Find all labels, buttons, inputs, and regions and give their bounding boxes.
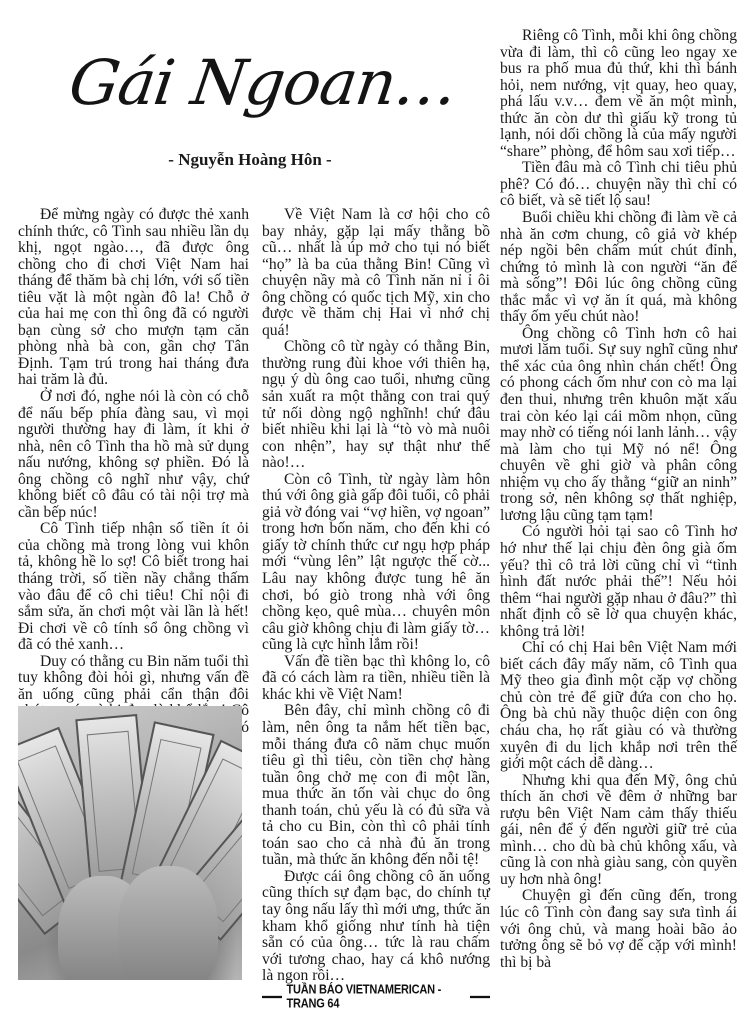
paragraph: Chỉ có chị Hai bên Việt Nam mới biết các… <box>500 640 737 772</box>
footer-rule-left <box>262 996 282 998</box>
paragraph: Về Việt Nam là cơ hội cho cô bay nhảy, g… <box>262 207 490 339</box>
article-column-right: Riêng cô Tình, mỗi khi ông chồng vừa đi … <box>500 28 737 971</box>
article-column-left: Để mừng ngày có được thẻ xanh chính thức… <box>18 207 249 753</box>
paragraph: Vấn đề tiền bạc thì không lo, cô đã có c… <box>262 654 490 704</box>
paragraph: Chồng cô từ ngày có thằng Bin, thường ru… <box>262 339 490 471</box>
paragraph: Có người hỏi tại sao cô Tình hơ hớ như t… <box>500 524 737 640</box>
paragraph: Chuyện gì đến cũng đến, trong lúc cô Tìn… <box>500 888 737 971</box>
paragraph: Để mừng ngày có được thẻ xanh chính thức… <box>18 207 249 389</box>
paragraph: Buổi chiều khi chồng đi làm về cả nhà ăn… <box>500 210 737 326</box>
page-footer: TUẦN BÁO VIETNAMERICAN - TRANG 64 <box>262 983 490 1010</box>
article-column-middle: Về Việt Nam là cơ hội cho cô bay nhảy, g… <box>262 207 490 985</box>
paragraph: Bên đây, chỉ mình chồng cô đi làm, nên ô… <box>262 703 490 868</box>
paragraph: Tiền đâu mà cô Tình chi tiêu phủ phê? Có… <box>500 160 737 210</box>
paragraph: Cô Tình tiếp nhận số tiền ít ỏi của chồn… <box>18 521 249 653</box>
money-photo <box>18 706 242 980</box>
paragraph: Còn cô Tình, từ ngày làm hôn thú với ông… <box>262 472 490 654</box>
paragraph: Nhưng khi qua đến Mỹ, ông chủ thích ăn c… <box>500 773 737 889</box>
footer-text: TUẦN BÁO VIETNAMERICAN - TRANG 64 <box>286 983 465 1010</box>
article-byline: - Nguyễn Hoàng Hôn - <box>0 150 500 170</box>
paragraph: Ở nơi đó, nghe nói là còn có chỗ để nấu … <box>18 389 249 521</box>
paragraph: Được cái ông chồng cô ăn uống cũng thích… <box>262 869 490 985</box>
paragraph: Riêng cô Tình, mỗi khi ông chồng vừa đi … <box>500 28 737 160</box>
footer-rule-right <box>470 996 490 998</box>
paragraph: Ông chồng cô Tình hơn cô hai mươi lăm tu… <box>500 326 737 525</box>
hand-icon <box>118 866 218 980</box>
article-title: Gái Ngoan… <box>66 52 475 114</box>
